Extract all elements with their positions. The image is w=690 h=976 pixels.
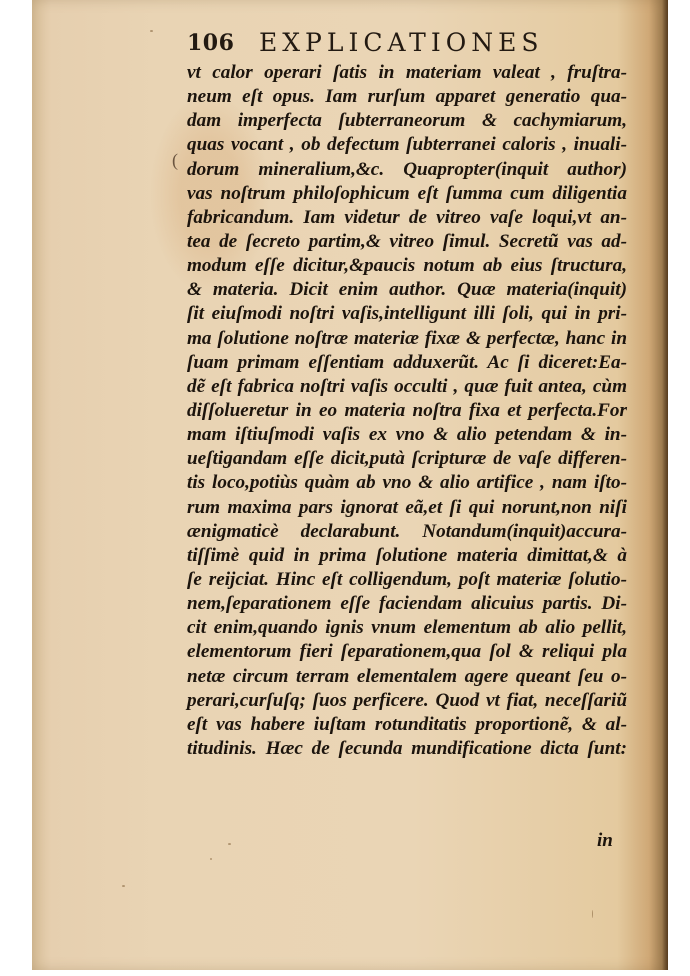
text-line: rum maxima pars ignorat eã,et ſi qui nor… xyxy=(187,496,627,520)
paper-speck xyxy=(150,30,153,32)
text-line: nem,ſeparationem eſſe faciendam alicuius… xyxy=(187,592,627,616)
text-line: ſit eiuſmodi noſtri vaſis,intelligunt il… xyxy=(187,302,627,326)
text-line: ſuam primam eſſentiam adduxerũt. Ac ſi d… xyxy=(187,351,627,375)
text-line: vas noſtrum philoſophicum eſt ſumma cum … xyxy=(187,182,627,206)
book-page: 106 EXPLICATIONES ( vt calor operari ſat… xyxy=(32,0,668,970)
text-line: elementorum fieri ſeparationem,qua ſol &… xyxy=(187,640,627,664)
paper-speck xyxy=(122,885,125,887)
text-line: tiſſimè quid in prima ſolutione materia … xyxy=(187,544,627,568)
text-line: netæ circum terram elementalem agere que… xyxy=(187,665,627,689)
text-line: neum eſt opus. Iam rurſum apparet genera… xyxy=(187,85,627,109)
catchword: in xyxy=(597,830,613,852)
text-line: titudinis. Hæc de ſecunda mundificatione… xyxy=(187,737,627,761)
text-line: ænigmaticè declarabunt. Notandum(inquit)… xyxy=(187,520,627,544)
text-line: ueſtigandam eſſe dicit,putà ſcripturæ de… xyxy=(187,447,627,471)
text-line: quas vocant , ob defectum ſubterranei ca… xyxy=(187,133,627,157)
text-line: tis loco,potiùs quàm ab vno & alio artif… xyxy=(187,471,627,495)
text-line: ma ſolutione noſtræ materiæ fixæ & perfe… xyxy=(187,327,627,351)
text-line: dam imperfecta ſubterraneorum & cachymia… xyxy=(187,109,627,133)
text-line: tea de ſecreto partim,& vitreo ſimul. Se… xyxy=(187,230,627,254)
body-text: vt calor operari ſatis in materiam valea… xyxy=(187,61,627,761)
text-line: dorum mineralium,&c. Quapropter(inquit a… xyxy=(187,158,627,182)
text-line: perari,curſuſq; ſuos perficere. Quod vt … xyxy=(187,689,627,713)
paper-speck xyxy=(210,858,212,860)
page-header: 106 EXPLICATIONES xyxy=(187,28,607,60)
text-line: & materia. Dicit enim author. Quæ materi… xyxy=(187,278,627,302)
text-line: ſe reijciat. Hinc eſt colligendum, poſt … xyxy=(187,568,627,592)
running-head: EXPLICATIONES xyxy=(259,28,543,57)
text-line: diſſolueretur in eo materia noſtra fixa … xyxy=(187,399,627,423)
text-line: eſt vas habere iuſtam rotunditatis propo… xyxy=(187,713,627,737)
text-line: fabricandum. Iam videtur de vitreo vaſe … xyxy=(187,206,627,230)
margin-mark: ( xyxy=(172,150,178,171)
text-line: modum eſſe dicitur,&paucis notum ab eius… xyxy=(187,254,627,278)
page-number: 106 xyxy=(187,30,234,56)
paper-speck xyxy=(228,843,231,845)
text-line: vt calor operari ſatis in materiam valea… xyxy=(187,61,627,85)
text-line: mam iſtiuſmodi vaſis ex vno & alio peten… xyxy=(187,423,627,447)
text-line: dẽ eſt fabrica noſtri vaſis occulti , qu… xyxy=(187,375,627,399)
text-line: cit enim,quando ignis vnum elementum ab … xyxy=(187,616,627,640)
paper-speck xyxy=(592,910,593,918)
